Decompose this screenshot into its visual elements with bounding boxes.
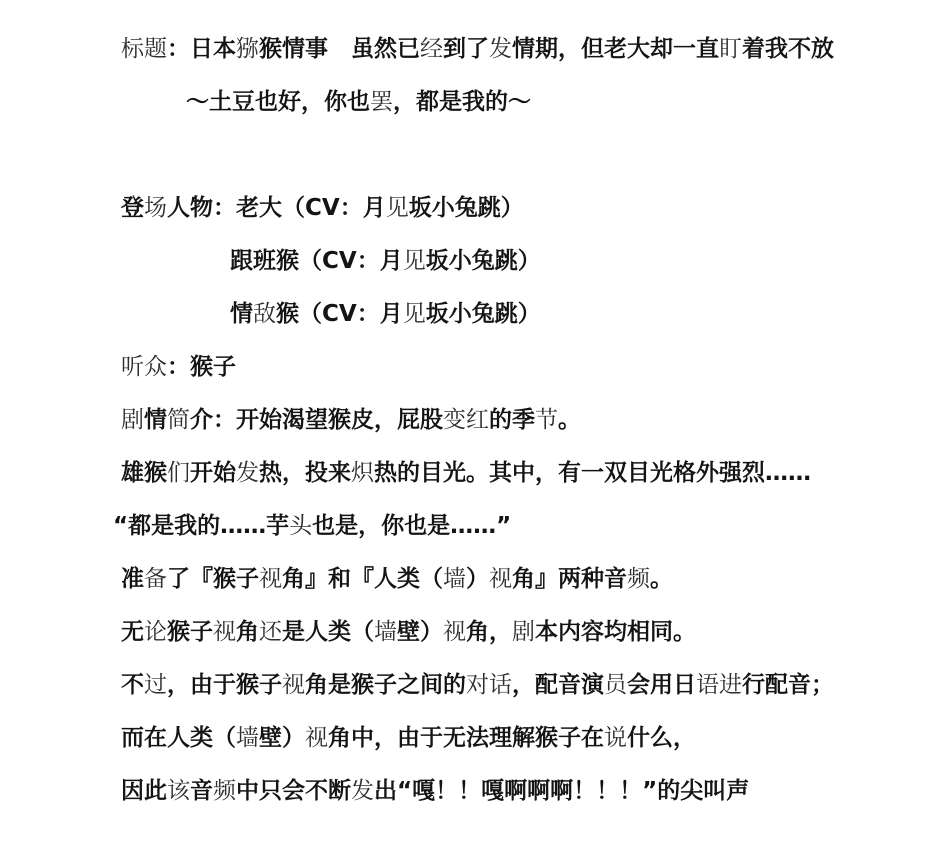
audience-line: 听众：猴子 <box>121 354 236 380</box>
body-line-4: 不过，由于猴子视角是猴子之间的对话，配音演员会用日语进行配音； <box>121 672 834 698</box>
body-line-1: 雄猴们开始发热，投来炽热的目光。其中，有一双目光格外强烈…… <box>121 460 811 486</box>
body-line-6: 因此该音频中只会不断发出“嘎！！嘎啊啊啊！！！”的尖叫声 <box>121 778 749 804</box>
cast-member-line-3: 情敌猴（CV：月见坂小兔跳） <box>230 301 541 327</box>
script-document-page: 标题：日本猕猴情事 虽然已经到了发情期，但老大却一直盯着我不放 ～土豆也好，你也… <box>0 0 934 850</box>
body-line-3: 无论猴子视角还是人类（墙壁）视角，剧本内容均相同。 <box>121 619 696 645</box>
title-line-1: 标题：日本猕猴情事 虽然已经到了发情期，但老大却一直盯着我不放 <box>121 36 834 62</box>
body-line-2: 准备了『猴子视角』和『人类（墙）视角』两种音频。 <box>121 566 673 592</box>
quote-line: “都是我的……芋头也是，你也是……” <box>113 513 511 539</box>
cast-heading-line: 登场人物：老大（CV：月见坂小兔跳） <box>121 195 524 221</box>
body-line-5: 而在人类（墙壁）视角中，由于无法理解猴子在说什么， <box>121 725 696 751</box>
synopsis-line: 剧情简介：开始渴望猴皮，屁股变红的季节。 <box>121 407 581 433</box>
cast-member-line-2: 跟班猴（CV：月见坂小兔跳） <box>230 248 541 274</box>
title-line-2: ～土豆也好，你也罢，都是我的～ <box>186 89 531 115</box>
